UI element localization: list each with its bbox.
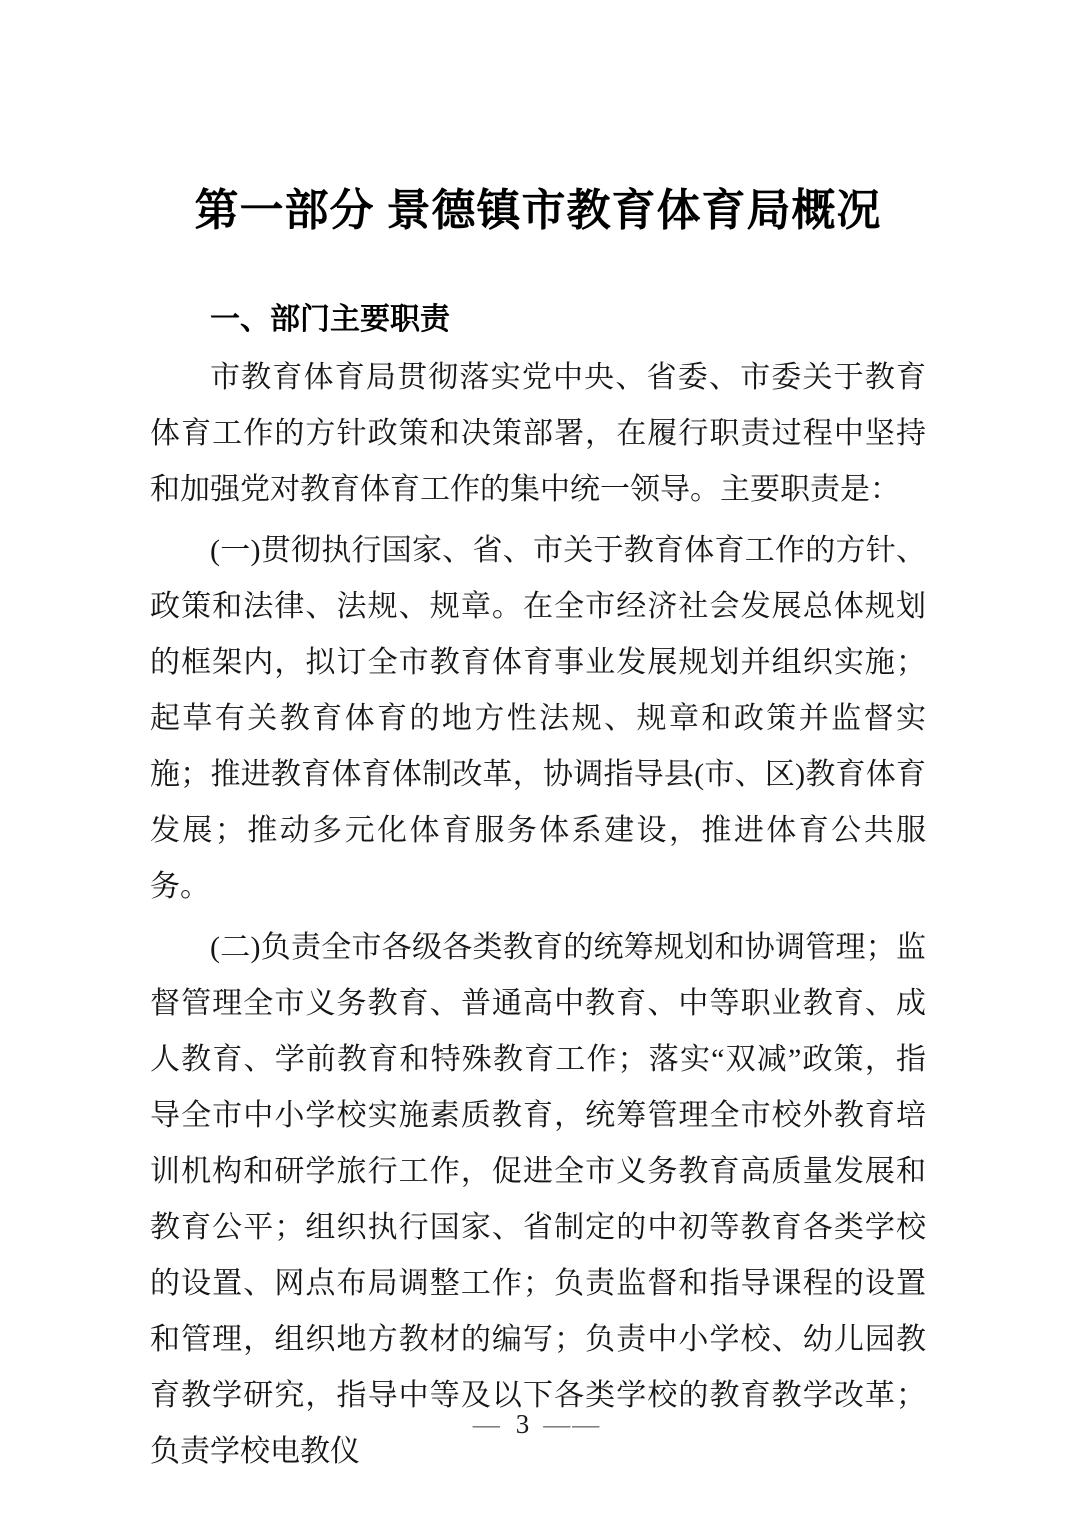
section-heading: 一、部门主要职责 xyxy=(150,301,926,339)
document-content: 第一部分 景德镇市教育体育局概况 一、部门主要职责 市教育体育局贯彻落实党中央、… xyxy=(150,0,926,1480)
page-title: 第一部分 景德镇市教育体育局概况 xyxy=(150,0,926,237)
footer-right-dash: —— xyxy=(543,1409,601,1439)
body-paragraph: (一)贯彻执行国家、省、市关于教育体育工作的方针、政策和法律、法规、规章。在全市… xyxy=(150,523,926,915)
document-page: 第一部分 景德镇市教育体育局概况 一、部门主要职责 市教育体育局贯彻落实党中央、… xyxy=(0,0,1074,1520)
page-footer: —3—— xyxy=(0,1404,1074,1444)
footer-left-dash: — xyxy=(473,1409,502,1439)
page-number: 3 xyxy=(502,1409,544,1439)
body-paragraph: 市教育体育局贯彻落实党中央、省委、市委关于教育体育工作的方针政策和决策部署，在履… xyxy=(150,350,926,518)
body-paragraph: (二)负责全市各级各类教育的统筹规划和协调管理；监督管理全市义务教育、普通高中教… xyxy=(150,920,926,1480)
